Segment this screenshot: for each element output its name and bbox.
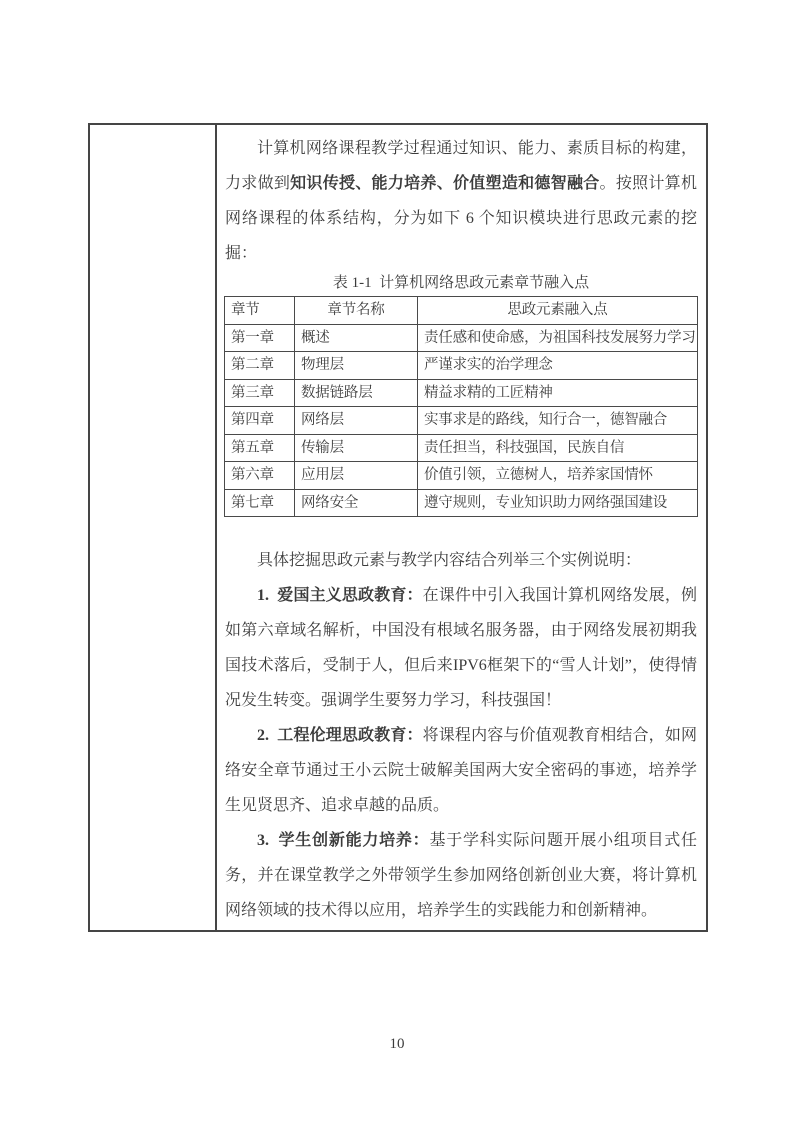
table-row: 第二章物理层严谨求实的治学理念 xyxy=(225,352,698,380)
table-cell: 第四章 xyxy=(225,407,295,435)
column-header-3: 思政元素融入点 xyxy=(418,297,698,325)
table-cell: 第六章 xyxy=(225,462,295,490)
example-1-title: 1. 爱国主义思政教育： xyxy=(257,587,423,604)
table-cell: 应用层 xyxy=(295,462,418,490)
table-row: 第四章网络层实事求是的路线，知行合一，德智融合 xyxy=(225,407,698,435)
example-1-body: 在课件中引入我国计算机网络发展，例如第六章域名解析，中国没有根域名服务器，由于网… xyxy=(225,587,697,709)
table-row: 第三章数据链路层精益求精的工匠精神 xyxy=(225,379,698,407)
intro-paragraph: 计算机网络课程教学过程通过知识、能力、素质目标的构建，力求做到知识传授、能力培养… xyxy=(225,131,697,271)
table-cell: 实事求是的路线，知行合一，德智融合 xyxy=(418,407,698,435)
table-cell: 责任感和使命感，为祖国科技发展努力学习 xyxy=(418,324,698,352)
outer-left-cell xyxy=(90,125,217,930)
table-row: 第五章传输层责任担当，科技强国，民族自信 xyxy=(225,434,698,462)
example-3-title: 3. 学生创新能力培养： xyxy=(257,832,429,849)
table-cell: 遵守规则，专业知识助力网络强国建设 xyxy=(418,489,698,517)
table-cell: 严谨求实的治学理念 xyxy=(418,352,698,380)
table-caption: 表 1-1 计算机网络思政元素章节融入点 xyxy=(225,271,697,296)
table-cell: 网络层 xyxy=(295,407,418,435)
table-cell: 第一章 xyxy=(225,324,295,352)
page-number: 10 xyxy=(0,1036,794,1053)
table-cell: 网络安全 xyxy=(295,489,418,517)
table-cell: 责任担当，科技强国，民族自信 xyxy=(418,434,698,462)
table-cell: 第三章 xyxy=(225,379,295,407)
table-row: 第一章概述责任感和使命感，为祖国科技发展努力学习 xyxy=(225,324,698,352)
table-cell: 第五章 xyxy=(225,434,295,462)
table-cell: 概述 xyxy=(295,324,418,352)
chapter-table-body: 第一章概述责任感和使命感，为祖国科技发展努力学习第二章物理层严谨求实的治学理念第… xyxy=(225,324,698,517)
column-header-2: 章节名称 xyxy=(295,297,418,325)
column-header-1: 章节 xyxy=(225,297,295,325)
document-page: 计算机网络课程教学过程通过知识、能力、素质目标的构建，力求做到知识传授、能力培养… xyxy=(0,0,794,1123)
table-cell: 物理层 xyxy=(295,352,418,380)
table-row: 第六章应用层价值引领，立德树人，培养家国情怀 xyxy=(225,462,698,490)
example-paragraph-1: 1. 爱国主义思政教育：在课件中引入我国计算机网络发展，例如第六章域名解析，中国… xyxy=(225,578,697,718)
chapter-table-header-row: 章节章节名称思政元素融入点 xyxy=(225,297,698,325)
table-cell: 价值引领，立德树人，培养家国情怀 xyxy=(418,462,698,490)
intro-text-bold: 知识传授、能力培养、价值塑造和德智融合 xyxy=(290,175,599,192)
table-cell: 第七章 xyxy=(225,489,295,517)
examples-intro-paragraph: 具体挖掘思政元素与教学内容结合列举三个实例说明： xyxy=(225,543,697,578)
outer-right-cell: 计算机网络课程教学过程通过知识、能力、素质目标的构建，力求做到知识传授、能力培养… xyxy=(217,125,706,930)
table-cell: 传输层 xyxy=(295,434,418,462)
chapter-table: 章节章节名称思政元素融入点 第一章概述责任感和使命感，为祖国科技发展努力学习第二… xyxy=(224,296,698,517)
table-cell: 数据链路层 xyxy=(295,379,418,407)
outer-table: 计算机网络课程教学过程通过知识、能力、素质目标的构建，力求做到知识传授、能力培养… xyxy=(88,123,708,932)
example-2-title: 2. 工程伦理思政教育： xyxy=(257,727,423,744)
table-row: 第七章网络安全遵守规则，专业知识助力网络强国建设 xyxy=(225,489,698,517)
table-cell: 第二章 xyxy=(225,352,295,380)
example-paragraph-3: 3. 学生创新能力培养：基于学科实际问题开展小组项目式任务，并在课堂教学之外带领… xyxy=(225,823,697,928)
example-paragraph-2: 2. 工程伦理思政教育：将课程内容与价值观教育相结合，如网络安全章节通过王小云院… xyxy=(225,718,697,823)
table-cell: 精益求精的工匠精神 xyxy=(418,379,698,407)
